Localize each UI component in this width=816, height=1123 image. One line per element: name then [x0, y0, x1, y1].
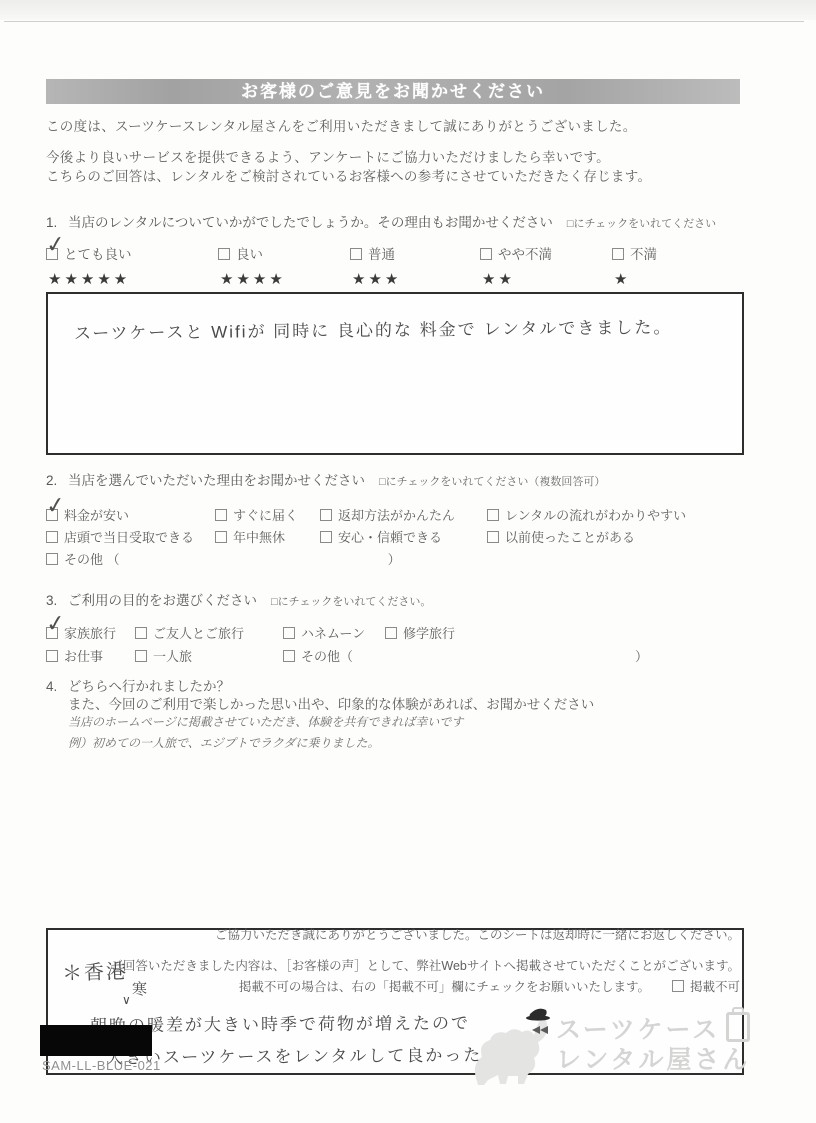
- scan-artifact-band: [0, 0, 816, 20]
- option-label: 良い: [236, 247, 263, 262]
- question-1-heading: 1.当店のレンタルについていかがでしたでしょうか。その理由もお聞かせください□に…: [46, 211, 740, 231]
- question-text: 当店のレンタルについていかがでしたでしょうか。その理由もお聞かせください: [68, 215, 553, 230]
- option-label: 不満: [630, 247, 657, 262]
- no-publish-label: 掲載不可: [690, 980, 740, 994]
- paren-close: ）: [635, 649, 648, 664]
- checkbox-normal: [350, 248, 362, 260]
- option-label: 家族旅行: [64, 626, 116, 641]
- q2-options-row-3: その他 （）: [46, 549, 740, 568]
- question-3-heading: 3.ご利用の目的をお選びください□にチェックをいれてください。: [46, 589, 740, 609]
- checkbox-very-good: ✓: [46, 248, 58, 260]
- option-label: 料金が安い: [64, 508, 129, 523]
- star-rating-3: ★★★: [352, 270, 480, 288]
- question-4-subtext: また、今回のご利用で楽しかった思い出や、印象的な体験があれば、お聞かせください: [68, 693, 762, 713]
- question-4-heading: 4.どちらへ行かれましたか？: [46, 675, 740, 695]
- option-label: レンタルの流れがわかりやすい: [505, 508, 686, 523]
- checkbox-same-day-pickup: [46, 531, 58, 543]
- star-rating-4: ★★★★: [220, 270, 350, 288]
- redaction-block: [40, 1025, 152, 1056]
- footer-no-publish-line: 掲載不可の場合は、右の「掲載不可」欄にチェックをお願いいたします。掲載不可: [46, 977, 740, 995]
- checkbox-cheap-price: ✓: [46, 509, 58, 521]
- q1-option-normal: 普通 ★★★: [350, 243, 480, 288]
- footer-thanks: ご協力いただき誠にありがとうございました。このシートは返却時に一緒にお返しくださ…: [46, 925, 740, 943]
- paren-close: ）: [388, 552, 401, 567]
- no-publish-checkbox: [672, 980, 684, 992]
- handwritten-check-icon: ✓: [45, 232, 67, 257]
- checkbox-business: [46, 650, 58, 662]
- logo-line-1: スーツケース: [556, 1016, 720, 1044]
- handwritten-check-icon: ✓: [45, 493, 67, 518]
- footer-no-publish-text: 掲載不可の場合は、右の「掲載不可」欄にチェックをお願いいたします。: [239, 980, 650, 994]
- question-note: □にチェックをいれてください。: [271, 596, 431, 608]
- checkbox-honeymoon: [283, 627, 295, 639]
- option-label: 店頭で当日受取できる: [64, 530, 194, 545]
- question-number: 4.: [46, 679, 68, 694]
- checkbox-clear-process: [487, 509, 499, 521]
- handwritten-caret: ∨: [122, 993, 133, 1007]
- q1-option-good: 良い ★★★★: [218, 243, 350, 288]
- checkbox-used-before: [487, 531, 499, 543]
- checkbox-other: [46, 553, 58, 565]
- logo-line-2: レンタル屋さん: [556, 1045, 750, 1075]
- question-2-heading: 2.当店を選んでいただいた理由をお聞かせください□にチェックをいれてください（複…: [46, 469, 740, 489]
- q3-options-row-1: ✓家族旅行 ご友人とご旅行 ハネムーン 修学旅行: [46, 623, 740, 642]
- checkbox-slightly-dissatisfied: [480, 248, 492, 260]
- question-4-note: 当店のホームページに掲載させていただき、体験を共有できれば幸いです: [68, 713, 762, 730]
- footer-publish-notice: ご回答いただきました内容は、［お客様の声］として、弊社Webサイトへ掲載させてい…: [46, 956, 740, 974]
- star-rating-1: ★: [614, 270, 736, 288]
- checkbox-purpose-other: [283, 650, 295, 662]
- handwritten-answer-q1: スーツケースと Wifiが 同時に 良心的な 料金で レンタルできました。: [74, 313, 673, 344]
- option-label: 年中無休: [233, 530, 285, 545]
- handwritten-check-icon: ✓: [45, 611, 67, 636]
- q1-option-dissatisfied: 不満 ★: [612, 243, 736, 288]
- camel-logo-icon: [468, 1002, 560, 1086]
- q2-options-row-2: 店頭で当日受取できる 年中無休 安心・信頼できる 以前使ったことがある: [46, 527, 740, 546]
- option-label: 普通: [368, 247, 395, 262]
- brand-logo: スーツケース レンタル屋さん: [468, 1002, 744, 1102]
- option-label: 安心・信頼できる: [338, 530, 442, 545]
- checkbox-trustworthy: [320, 531, 332, 543]
- question-note: □にチェックをいれてください: [567, 218, 716, 230]
- checkbox-good: [218, 248, 230, 260]
- checkbox-trip-with-friends: [135, 627, 147, 639]
- scan-artifact-line: [4, 21, 804, 22]
- scanned-survey-sheet: お客様のご意見をお聞かせください この度は、スーツケースレンタル屋さんをご利用い…: [0, 0, 816, 1123]
- option-label: お仕事: [64, 649, 103, 664]
- suitcase-icon: [726, 1012, 750, 1042]
- checkbox-solo-trip: [135, 650, 147, 662]
- checkbox-school-trip: [385, 627, 397, 639]
- question-number: 1.: [46, 215, 68, 230]
- q1-answer-box: スーツケースと Wifiが 同時に 良心的な 料金で レンタルできました。: [46, 292, 744, 455]
- option-label: 以前使ったことがある: [505, 530, 635, 545]
- q1-option-slightly-dissatisfied: やや不満 ★★: [480, 243, 612, 288]
- option-label: その他: [64, 552, 103, 567]
- checkbox-dissatisfied: [612, 248, 624, 260]
- intro-line: こちらのご回答は、レンタルをご検討されているお客様への参考にさせていただきたく存…: [46, 165, 740, 185]
- question-text: どちらへ行かれましたか？: [68, 679, 230, 694]
- q2-options-row-1: ✓料金が安い すぐに届く 返却方法がかんたん レンタルの流れがわかりやすい: [46, 505, 740, 524]
- question-note: □にチェックをいれてください（複数回答可）: [379, 476, 605, 488]
- option-label: ご友人とご旅行: [153, 626, 244, 641]
- checkbox-fast-delivery: [215, 509, 227, 521]
- option-label: ハネムーン: [301, 626, 365, 641]
- intro-line: この度は、スーツケースレンタル屋さんをご利用いただきまして誠にありがとうございま…: [46, 115, 740, 135]
- option-label: 返却方法がかんたん: [338, 508, 455, 523]
- option-label: その他（: [301, 649, 353, 664]
- page-title: お客様のご意見をお聞かせください: [46, 79, 740, 104]
- question-number: 2.: [46, 473, 68, 488]
- option-label: とても良い: [64, 247, 132, 262]
- paren-open: （: [107, 552, 120, 567]
- question-text: ご利用の目的をお選びください: [68, 593, 257, 608]
- q1-options-row: ✓とても良い ★★★★★ 良い ★★★★ 普通 ★★★ やや不満 ★★ 不満 ★: [46, 243, 740, 288]
- handwritten-line-3: 大きいスーツケースをレンタルして良かった。: [106, 1041, 502, 1069]
- form-code: SAM-LL-BLUE-021: [42, 1058, 161, 1073]
- q3-options-row-2: お仕事 一人旅 その他（）: [46, 646, 740, 665]
- option-label: 一人旅: [153, 649, 192, 664]
- q1-option-very-good: ✓とても良い ★★★★★: [46, 243, 218, 288]
- question-4-example: 例）初めての一人旅で、エジプトでラクダに乗りました。: [68, 734, 762, 751]
- question-text: 当店を選んでいただいた理由をお聞かせください: [68, 473, 365, 488]
- checkbox-easy-return: [320, 509, 332, 521]
- question-number: 3.: [46, 593, 68, 608]
- option-label: 修学旅行: [403, 626, 455, 641]
- star-rating-2: ★★: [482, 270, 612, 288]
- option-label: すぐに届く: [233, 508, 298, 523]
- checkbox-family-trip: ✓: [46, 627, 58, 639]
- option-label: やや不満: [498, 247, 552, 262]
- intro-line: 今後より良いサービスを提供できるよう、アンケートにご協力いただけましたら幸いです…: [46, 146, 740, 166]
- logo-text: スーツケース レンタル屋さん: [556, 1012, 750, 1075]
- star-rating-5: ★★★★★: [48, 270, 218, 288]
- checkbox-open-all-year: [215, 531, 227, 543]
